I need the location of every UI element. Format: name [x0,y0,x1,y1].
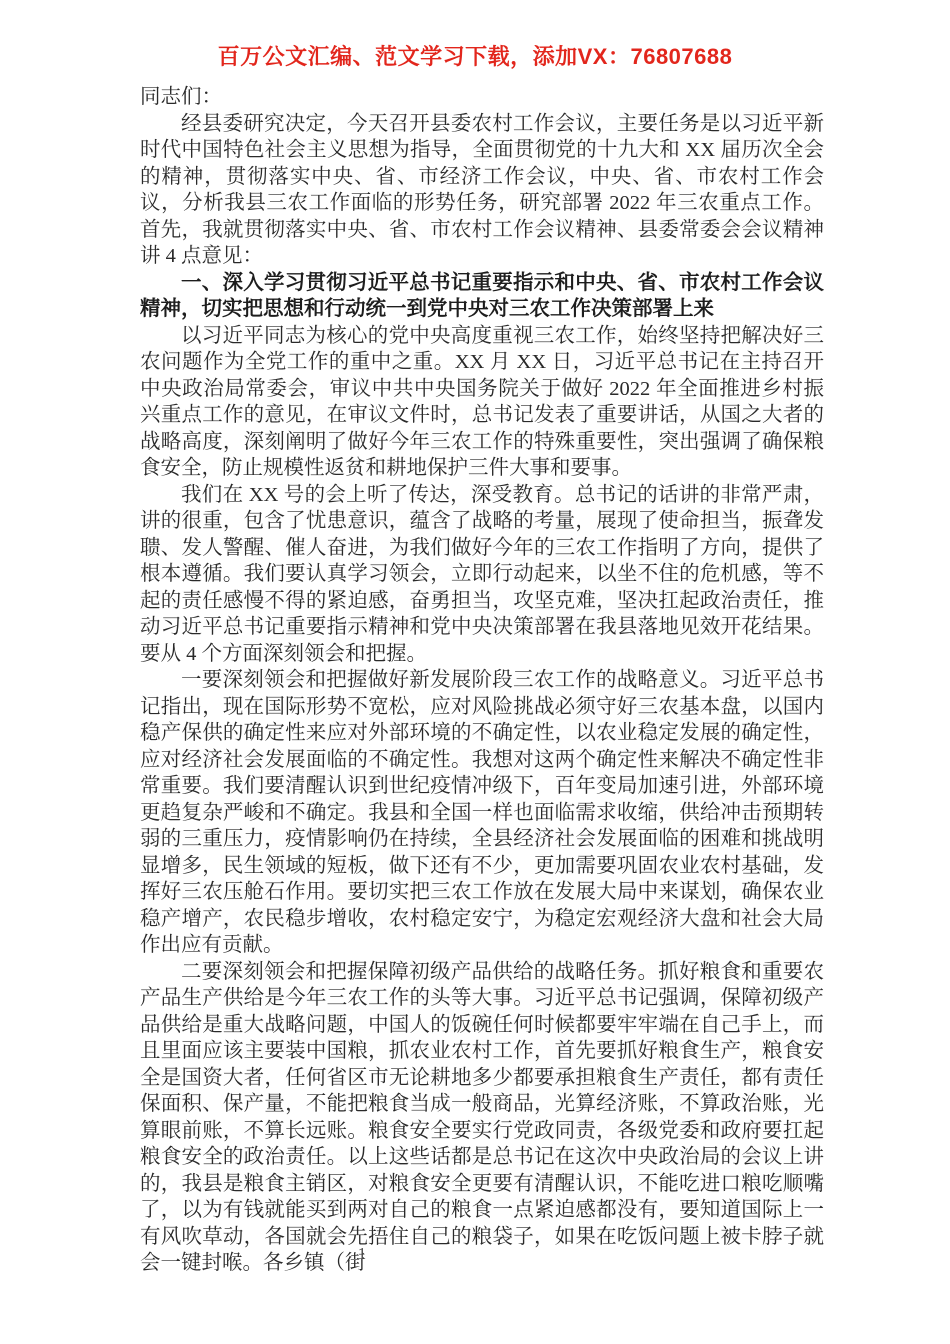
salutation: 同志们： [140,84,824,111]
body-paragraph: 经县委研究决定，今天召开县委农村工作会议，主要任务是以习近平新时代中国特色社会主… [140,111,824,270]
page-number: 1 [352,1244,372,1264]
body-paragraph: 二要深刻领会和把握保障初级产品供给的战略任务。抓好粮食和重要农产品生产供给是今年… [140,959,824,1277]
paragraphs-container: 经县委研究决定，今天召开县委农村工作会议，主要任务是以习近平新时代中国特色社会主… [140,111,824,1277]
watermark-notice: 百万公文汇编、范文学习下载，添加VX：76807688 [0,40,950,71]
body-paragraph: 一要深刻领会和把握做好新发展阶段三农工作的战略意义。习近平总书记指出，现在国际形… [140,667,824,959]
document-page: 百万公文汇编、范文学习下载，添加VX：76807688 同志们： 经县委研究决定… [0,0,950,1344]
body-paragraph: 我们在 XX 号的会上听了传达，深受教育。总书记的话讲的非常严肃，讲的很重，包含… [140,482,824,668]
section-heading: 一、深入学习贯彻习近平总书记重要指示和中央、省、市农村工作会议精神，切实把思想和… [140,270,824,323]
document-body: 同志们： 经县委研究决定，今天召开县委农村工作会议，主要任务是以习近平新时代中国… [140,84,824,1277]
body-paragraph: 以习近平同志为核心的党中央高度重视三农工作，始终坚持把解决好三农问题作为全党工作… [140,323,824,482]
